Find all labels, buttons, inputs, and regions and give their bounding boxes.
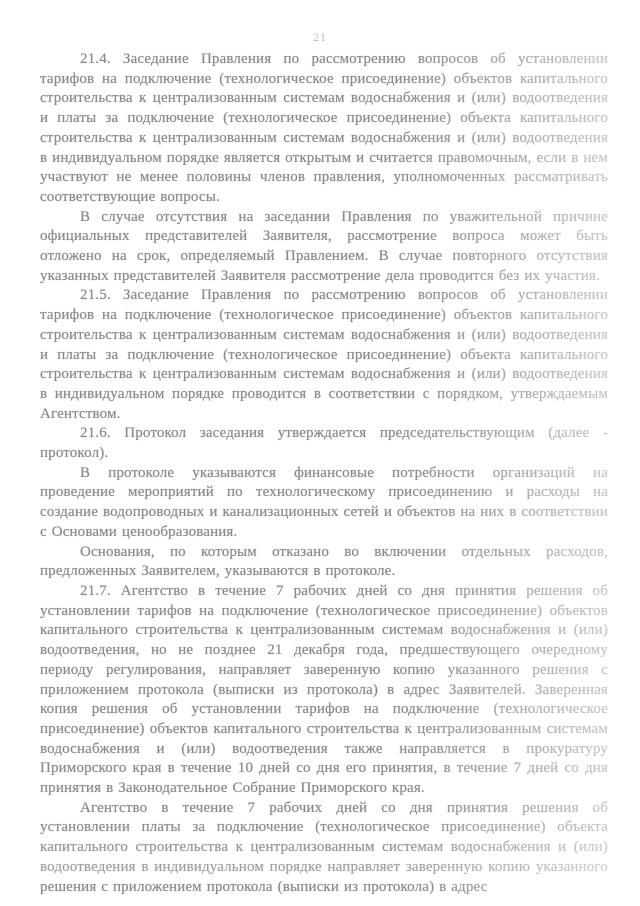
paragraph-individual-fee-decision: Агентство в течение 7 рабочих дней со дн… [40, 799, 608, 898]
paragraph-refusal-grounds: Основания, по которым отказано во включе… [40, 543, 608, 582]
paragraph-21-7: 21.7. Агентство в течение 7 рабочих дней… [40, 582, 608, 799]
paragraph-21-5: 21.5. Заседание Правления по рассмотрени… [40, 286, 608, 424]
paragraph-21-4: 21.4. Заседание Правления по рассмотрени… [40, 50, 608, 208]
page-number: 21 [0, 30, 640, 45]
paragraph-protocol-contents: В протоколе указываются финансовые потре… [40, 464, 608, 543]
paragraph-absence-rule: В случае отсутствия на заседании Правлен… [40, 208, 608, 287]
document-text-block: 21.4. Заседание Правления по рассмотрени… [40, 50, 608, 897]
document-page: 21 21.4. Заседание Правления по рассмотр… [0, 0, 640, 906]
paragraph-21-6: 21.6. Протокол заседания утверждается пр… [40, 424, 608, 463]
